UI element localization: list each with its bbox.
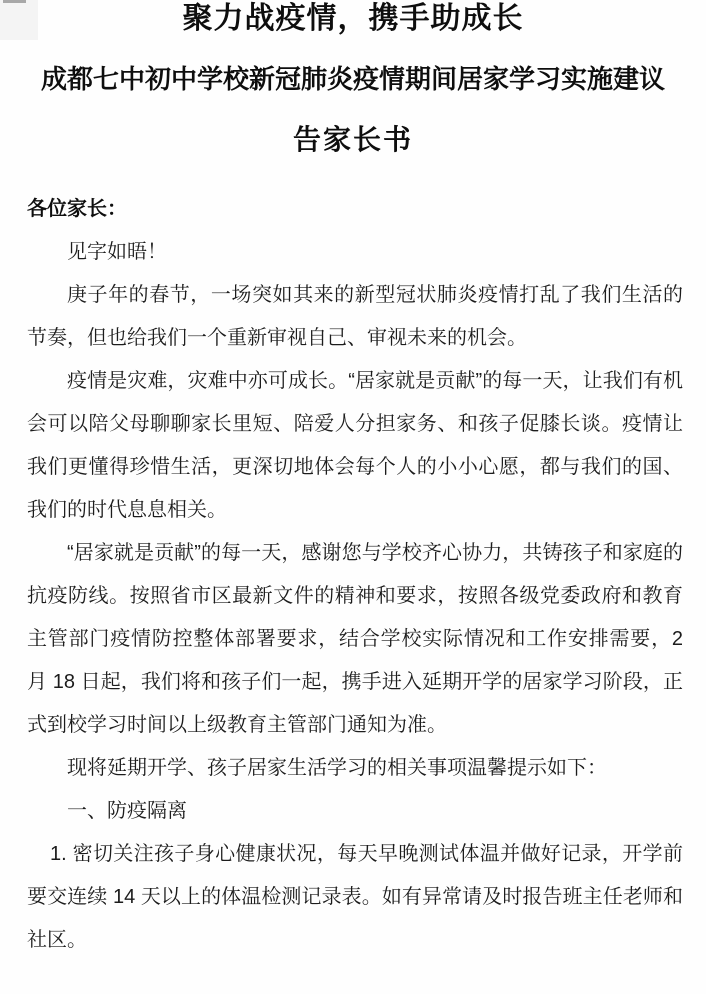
paragraph-epidemic-growth: 疫情是灾难，灾难中亦可成长。“居家就是贡献”的每一天，让我们有机会可以陪父母聊聊… — [27, 360, 683, 532]
letter-body: 各位家长： 见字如晤！ 庚子年的春节，一场突如其来的新型冠状肺炎疫情打乱了我们生… — [27, 188, 683, 962]
salutation: 各位家长： — [27, 188, 683, 231]
subtitle: 成都七中初中学校新冠肺炎疫情期间居家学习实施建议 — [0, 62, 706, 96]
main-title: 聚力战疫情，携手助成长 — [0, 0, 706, 37]
paragraph-greeting: 见字如晤！ — [27, 231, 683, 274]
scan-smudge-artifact — [0, 0, 38, 40]
paragraph-tips-intro: 现将延期开学、孩子居家生活学习的相关事项温馨提示如下： — [27, 747, 683, 790]
paragraph-spring-festival: 庚子年的春节，一场突如其来的新型冠状肺炎疫情打乱了我们生活的节奏，但也给我们一个… — [27, 274, 683, 360]
doc-type-title: 告家长书 — [0, 123, 706, 157]
scan-bar-artifact — [3, 0, 26, 3]
paragraph-home-learning-plan: “居家就是贡献”的每一天，感谢您与学校齐心协力，共铸孩子和家庭的抗疫防线。按照省… — [27, 532, 683, 747]
paragraph-item-1-temperature: 1. 密切关注孩子身心健康状况，每天早晚测试体温并做好记录，开学前要交连续 14… — [27, 833, 683, 962]
section-heading-quarantine: 一、防疫隔离 — [27, 790, 683, 833]
document-page: 聚力战疫情，携手助成长 成都七中初中学校新冠肺炎疫情期间居家学习实施建议 告家长… — [0, 0, 706, 994]
